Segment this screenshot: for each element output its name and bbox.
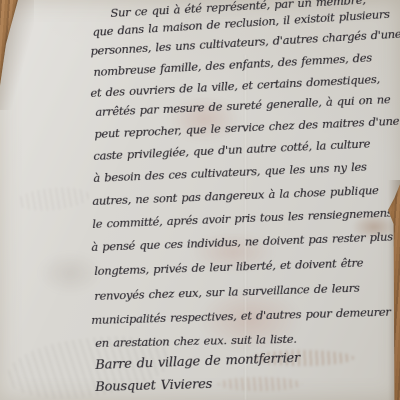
- ink-bleedthrough: [38, 252, 102, 294]
- ink-bleedthrough: [15, 185, 91, 213]
- paper-edge-shadow: [0, 0, 34, 110]
- manuscript-line: caste privilegiée, que d'un autre cotté,…: [93, 136, 370, 163]
- signature-line: Bousquet Vivieres: [95, 377, 212, 395]
- manuscript-line: longtems, privés de leur liberté, et doi…: [94, 256, 363, 278]
- manuscript-line: renvoyés chez eux, sur la surveillance d…: [94, 281, 360, 303]
- document-photo: Sur ce qui à été représenté, par un memb…: [0, 0, 400, 400]
- ink-smudge: [218, 377, 302, 391]
- manuscript-line: autres, ne sont pas dangereux à la chose…: [92, 183, 379, 208]
- manuscript-line: en arestation chez eux. suit la liste.: [95, 332, 297, 350]
- paper-sheet: Sur ce qui à été représenté, par un memb…: [0, 0, 400, 400]
- closing-line: Barre du village de montferrier: [95, 351, 300, 373]
- manuscript-line: municipalités respectives, et d'autres p…: [91, 305, 391, 327]
- manuscript-line: à besoin des ces cultivateurs, que les u…: [93, 160, 367, 185]
- paper-edge-shadow: [388, 180, 400, 400]
- paper-sheet-wrap: Sur ce qui à été représenté, par un memb…: [0, 0, 400, 400]
- manuscript-line: le committé, aprés avoir pris tous les r…: [92, 205, 393, 231]
- manuscript-line: à pensé que ces individus, ne doivent pa…: [91, 229, 393, 254]
